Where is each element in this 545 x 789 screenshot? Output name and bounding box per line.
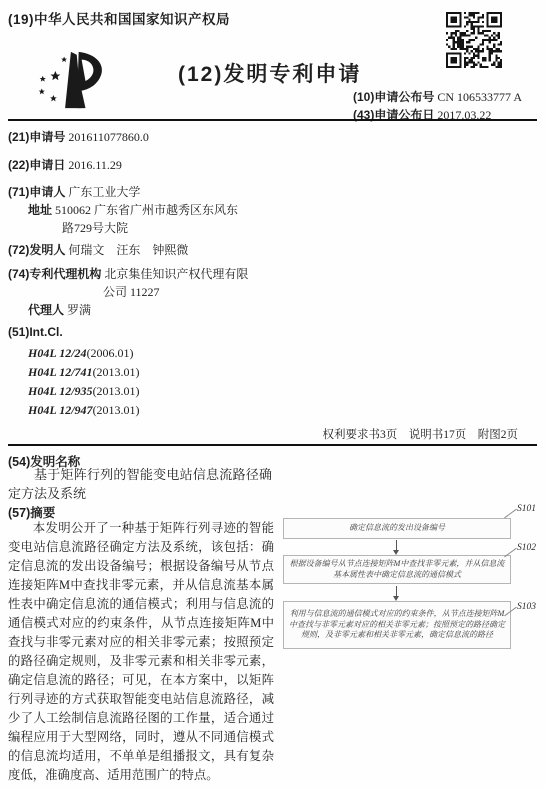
step-label: S102 bbox=[517, 543, 536, 553]
application-date-label: (22)申请日 bbox=[8, 158, 65, 172]
agency-line2: 公司 11227 bbox=[103, 285, 160, 299]
inventors-row: (72)发明人 何瑞文 汪东 钟熙微 bbox=[8, 241, 188, 258]
publication-number: (10)申请公布号 CN 106533777 A bbox=[353, 88, 522, 105]
flowchart-step-box: 根据设备编号从节点连接矩阵M中查找非零元素，并从信息流基本属性表中确定信息流的通… bbox=[283, 555, 511, 584]
abstract-text: 本发明公开了一种基于矩阵行列寻迹的智能变电站信息流路径确定方法及系统，该包括：确… bbox=[8, 519, 274, 785]
applicant-value: 广东工业大学 bbox=[68, 185, 140, 199]
address-line1: 510062 广东省广州市越秀区东风东 bbox=[55, 203, 238, 217]
application-date-value: 2016.11.29 bbox=[68, 158, 122, 172]
qr-code-icon bbox=[446, 12, 502, 68]
arrow-down-icon bbox=[393, 540, 399, 555]
flowchart-step-text: 利用与信息流的通信模式对应的约束条件，从节点连接矩阵M中查找与非零元素对应的相关… bbox=[289, 609, 505, 641]
flowchart-step-box: 确定信息流的发出设备编号 bbox=[283, 518, 511, 539]
application-date-row: (22)申请日 2016.11.29 bbox=[8, 156, 122, 173]
cnipa-emblem-icon bbox=[28, 46, 108, 114]
office-name: (19)中华人民共和国国家知识产权局 bbox=[8, 8, 230, 28]
flowchart-step-text: 确定信息流的发出设备编号 bbox=[349, 523, 445, 534]
header-divider bbox=[8, 119, 537, 121]
application-number-label: (21)申请号 bbox=[8, 130, 65, 144]
patent-front-page: (19)中华人民共和国国家知识产权局 (12)发明专利申请 (10)申请公布号 … bbox=[0, 0, 545, 789]
agency-row: (74)专利代理机构 北京集佳知识产权代理有限 bbox=[8, 265, 248, 282]
document-type-title: (12)发明专利申请 bbox=[178, 58, 361, 88]
inventors-label: (72)发明人 bbox=[8, 243, 65, 257]
agent-row: 代理人 罗满 bbox=[28, 301, 91, 318]
agent-label: 代理人 bbox=[28, 303, 64, 317]
intcl-entry: H04L 12/935(2013.01) bbox=[28, 384, 140, 399]
applicant-label: (71)申请人 bbox=[8, 185, 65, 199]
address-label: 地址 bbox=[28, 203, 52, 217]
intcl-entry: H04L 12/947(2013.01) bbox=[28, 403, 140, 418]
applicant-row: (71)申请人 广东工业大学 bbox=[8, 183, 140, 200]
agent-value: 罗满 bbox=[67, 303, 91, 317]
publication-number-label: (10)申请公布号 bbox=[353, 90, 434, 104]
flowchart-figure: 确定信息流的发出设备编号 S101 根据设备编号从节点连接矩阵M中查找非零元素，… bbox=[283, 500, 545, 665]
intcl-label: (51)Int.Cl. bbox=[8, 325, 63, 339]
flowchart-step-text: 根据设备编号从节点连接矩阵M中查找非零元素，并从信息流基本属性表中确定信息流的通… bbox=[289, 559, 505, 580]
mid-divider bbox=[8, 444, 537, 446]
application-number-row: (21)申请号 201611077860.0 bbox=[8, 128, 149, 145]
step-label: S103 bbox=[517, 602, 536, 612]
address-row: 地址 510062 广东省广州市越秀区东风东 bbox=[28, 201, 238, 218]
intcl-entry: H04L 12/741(2013.01) bbox=[28, 365, 140, 380]
flowchart-step-box: 利用与信息流的通信模式对应的约束条件，从节点连接矩阵M中查找与非零元素对应的相关… bbox=[283, 601, 511, 649]
inventors-value: 何瑞文 汪东 钟熙微 bbox=[68, 243, 188, 257]
arrow-down-icon bbox=[393, 586, 399, 601]
agency-row-2: 公司 11227 bbox=[103, 283, 160, 300]
agency-label: (74)专利代理机构 bbox=[8, 267, 101, 281]
address-line2: 路729号大院 bbox=[62, 221, 128, 235]
step-label-connector bbox=[504, 509, 517, 519]
intcl-entry: H04L 12/24(2006.01) bbox=[28, 346, 134, 361]
step-label: S101 bbox=[517, 504, 536, 514]
pages-info: 权利要求书3页 说明书17页 附图2页 bbox=[280, 426, 518, 442]
publication-number-value: CN 106533777 A bbox=[437, 90, 522, 104]
agency-line1: 北京集佳知识产权代理有限 bbox=[104, 267, 248, 281]
invention-title: 基于矩阵行列的智能变电站信息流路径确定方法及系统 bbox=[8, 466, 272, 503]
intcl-header-row: (51)Int.Cl. bbox=[8, 325, 63, 340]
address-row-2: 路729号大院 bbox=[62, 219, 128, 236]
cnipa-emblem-logo bbox=[28, 46, 108, 119]
application-number-value: 201611077860.0 bbox=[68, 130, 149, 144]
